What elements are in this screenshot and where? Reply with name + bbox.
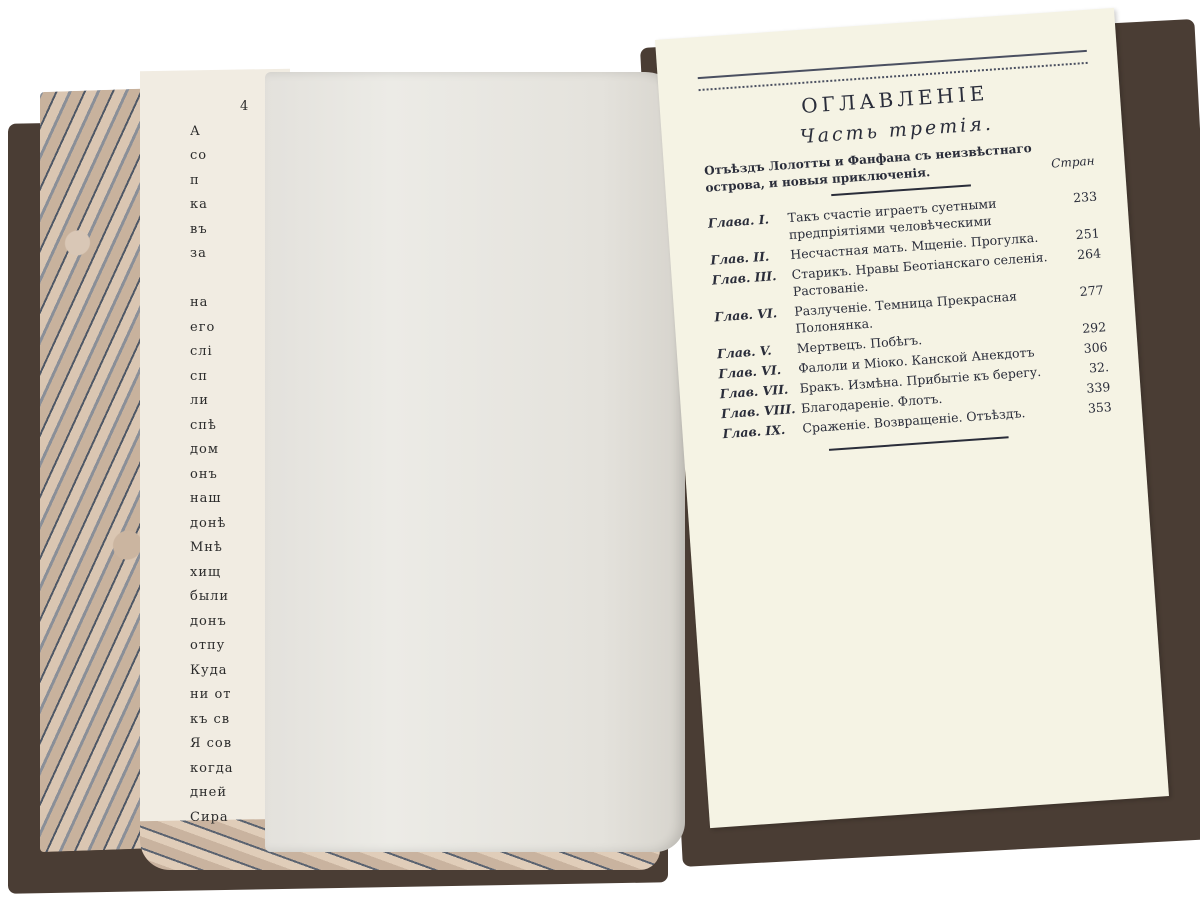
left-page-number: 4 xyxy=(190,95,270,120)
end-rule xyxy=(829,436,1009,451)
right-page: ОГЛАВЛЕНІЕ Часть третія. Отъѣздъ Лолотты… xyxy=(655,8,1169,828)
table-of-contents: ОГЛАВЛЕНІЕ Часть третія. Отъѣздъ Лолотты… xyxy=(698,50,1114,458)
page-column-label: Стран xyxy=(1051,153,1095,173)
folded-page xyxy=(265,72,685,852)
left-page-text: 4 А со п ка въ за на его слі сп ли спѣ д… xyxy=(190,95,270,830)
book-photo: 4 А со п ка въ за на его слі сп ли спѣ д… xyxy=(0,0,1200,903)
